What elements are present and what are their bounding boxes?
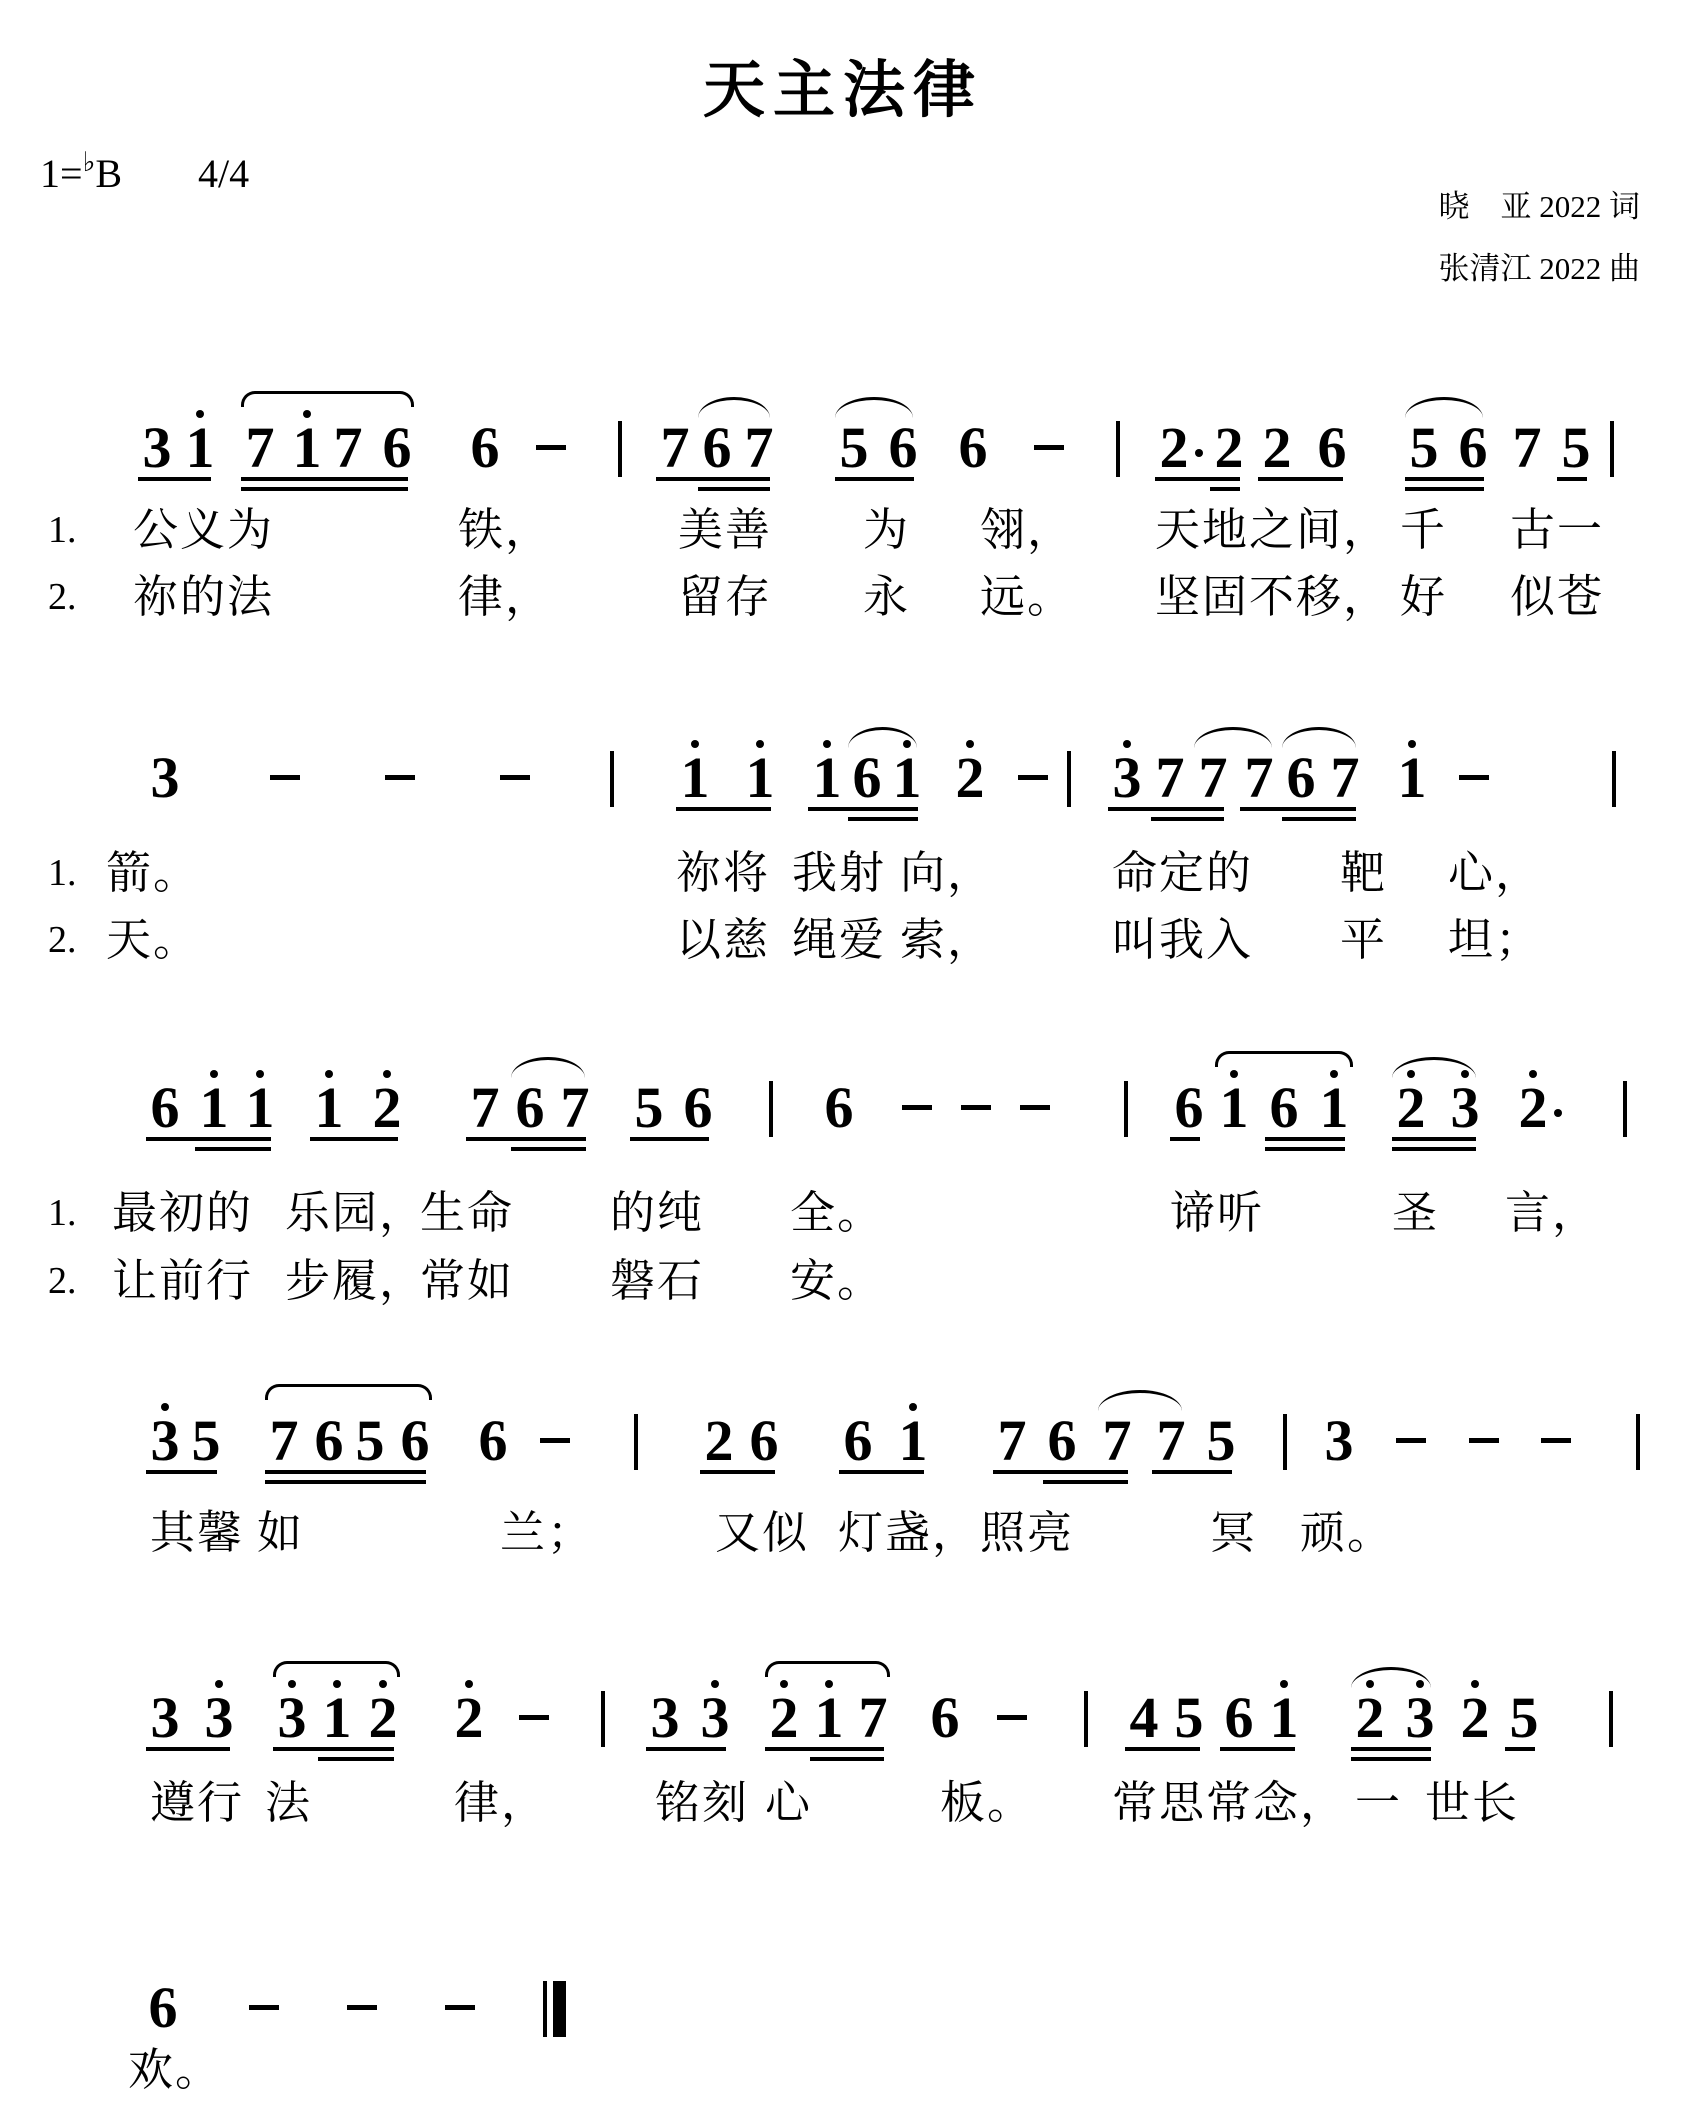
dash-line: [249, 2005, 279, 2010]
beam-underline: [318, 1757, 394, 1761]
lyric-segment: 谛听: [1170, 1188, 1264, 1238]
verse-number: 1.: [48, 1188, 77, 1238]
beam-underline: [241, 487, 408, 491]
octave-dot: [303, 410, 311, 418]
jianpu-note: 3: [700, 1695, 730, 1741]
beam-underline: [1351, 1747, 1431, 1751]
beam-underline: [1240, 807, 1356, 811]
jianpu-note: 1: [322, 1695, 352, 1741]
beam-underline: [146, 1137, 271, 1141]
dash-line: [1034, 445, 1064, 450]
dash-line: [1541, 1438, 1571, 1443]
jianpu-note: 7: [858, 1695, 888, 1741]
jianpu-note: 6: [1269, 1085, 1299, 1131]
jianpu-note: 6: [478, 1418, 508, 1464]
jianpu-note: 6: [749, 1418, 779, 1464]
lyric-segment: 祢的法: [133, 572, 274, 622]
jianpu-note: 7: [1156, 1418, 1186, 1464]
lyric-segment: 似苍: [1510, 572, 1604, 622]
jianpu-note: 7: [269, 1418, 299, 1464]
beam-underline: [848, 817, 918, 821]
jianpu-note: 2: [372, 1085, 402, 1131]
dash-line: [1469, 1438, 1499, 1443]
jianpu-note: 2: [769, 1695, 799, 1741]
lyric-segment: 世长: [1425, 1778, 1519, 1828]
jianpu-note: 6: [930, 1695, 960, 1741]
jianpu-note: 6: [702, 425, 732, 471]
jianpu-note: 1: [292, 425, 322, 471]
beam-underline: [1155, 477, 1240, 481]
jianpu-note: 6: [1224, 1695, 1254, 1741]
lyric-segment: 律，: [454, 1778, 548, 1828]
dash-line: [1459, 775, 1489, 780]
jianpu-note: 3: [1405, 1695, 1435, 1741]
jianpu-note: 6: [824, 1085, 854, 1131]
slur: [1098, 1390, 1182, 1411]
jianpu-note: 5: [191, 1418, 221, 1464]
lyric-segment: 美善: [678, 505, 772, 555]
slur: [241, 391, 414, 407]
octave-dot: [383, 1070, 391, 1078]
lyric-segment: 留存: [678, 572, 772, 622]
jianpu-note: 1: [245, 1085, 275, 1131]
lyric-segment: 铭刻: [655, 1778, 749, 1828]
beam-underline: [1125, 1747, 1200, 1751]
jianpu-note: 3: [142, 425, 172, 471]
beam-underline: [265, 1470, 426, 1474]
jianpu-note: 6: [470, 425, 500, 471]
jianpu-note: 1: [1319, 1085, 1349, 1131]
jianpu-note: 7: [1198, 755, 1228, 801]
jianpu-note: 2: [454, 1695, 484, 1741]
slur: [835, 397, 913, 418]
lyric-segment: 平: [1340, 915, 1387, 965]
jianpu-note: 1: [314, 1085, 344, 1131]
jianpu-note: 7: [1102, 1418, 1132, 1464]
beam-underline: [1405, 487, 1484, 491]
jianpu-note: 2: [1355, 1695, 1385, 1741]
barline: [634, 1414, 638, 1470]
jianpu-note: 1: [185, 425, 215, 471]
beam-underline: [808, 807, 918, 811]
barline: [601, 1691, 605, 1747]
beam-underline: [1505, 1747, 1535, 1751]
lyric-segment: 圣: [1392, 1188, 1439, 1238]
octave-dot: [1123, 740, 1131, 748]
slur: [265, 1384, 432, 1400]
beam-underline: [273, 1747, 394, 1751]
jianpu-note: 6: [1174, 1085, 1204, 1131]
beam-underline: [676, 807, 771, 811]
jianpu-note: 5: [839, 425, 869, 471]
slur: [511, 1057, 585, 1078]
lyric-segment: 灯盏，: [838, 1508, 979, 1558]
beam-underline: [195, 1147, 271, 1151]
barline: [1124, 1081, 1128, 1137]
octave-dot: [825, 1680, 833, 1688]
lyric-segment: 天。: [106, 915, 200, 965]
beam-underline: [700, 1470, 775, 1474]
lyric-segment: 步履，: [285, 1256, 426, 1306]
beam-underline: [630, 1137, 709, 1141]
jianpu-note: 6: [400, 1418, 430, 1464]
beam-underline: [1043, 1480, 1128, 1484]
jianpu-note: 3: [1112, 755, 1142, 801]
barline: [1610, 421, 1614, 477]
jianpu-note: 3: [277, 1695, 307, 1741]
octave-dot: [1529, 1070, 1537, 1078]
lyric-segment: 全。: [790, 1188, 884, 1238]
jianpu-note: 1: [1219, 1085, 1249, 1131]
jianpu-note: 7: [1512, 425, 1542, 471]
jianpu-note: 5: [1174, 1695, 1204, 1741]
score: 3171766767566222656751.公义为铁，美善为翎，天地之间，千古…: [0, 0, 1686, 2117]
lyric-segment: 翎，: [980, 505, 1074, 555]
slur: [1282, 727, 1356, 748]
lyric-segment: 乐园，: [285, 1188, 426, 1238]
beam-underline: [835, 477, 914, 481]
lyric-segment: 永: [863, 572, 910, 622]
barline: [1623, 1081, 1627, 1137]
jianpu-note: 3: [650, 1695, 680, 1741]
slur: [1392, 1057, 1476, 1078]
jianpu-note: 6: [852, 755, 882, 801]
barline: [1084, 1691, 1088, 1747]
beam-underline: [1392, 1147, 1476, 1151]
lyric-segment: 冥: [1210, 1508, 1257, 1558]
jianpu-note: 6: [1286, 755, 1316, 801]
dash-line: [385, 775, 415, 780]
lyric-segment: 心: [765, 1778, 812, 1828]
jianpu-note: 5: [355, 1418, 385, 1464]
dash-line: [519, 1715, 549, 1720]
lyric-segment: 叫我入: [1112, 915, 1253, 965]
lyric-segment: 常如: [420, 1256, 514, 1306]
jianpu-note: 7: [1330, 755, 1360, 801]
dash-line: [270, 775, 300, 780]
jianpu-note: 7: [333, 425, 363, 471]
lyric-segment: 祢将: [676, 848, 770, 898]
lyric-segment: 一: [1355, 1778, 1402, 1828]
augmentation-dot: [1554, 1109, 1562, 1117]
beam-underline: [839, 1470, 924, 1474]
verse-number: 2.: [48, 1256, 77, 1306]
lyric-segment: 让前行: [112, 1256, 253, 1306]
lyric-segment: 坦；: [1448, 915, 1542, 965]
octave-dot: [465, 1680, 473, 1688]
jianpu-note: 2: [1159, 425, 1189, 471]
jianpu-note: 6: [958, 425, 988, 471]
octave-dot: [756, 740, 764, 748]
dash-line: [347, 2005, 377, 2010]
jianpu-note: 2: [1460, 1695, 1490, 1741]
lyric-segment: 箭。: [106, 848, 200, 898]
octave-dot: [823, 740, 831, 748]
beam-underline: [511, 1147, 586, 1151]
slur: [698, 397, 770, 418]
jianpu-note: 5: [1509, 1695, 1539, 1741]
jianpu-note: 3: [1450, 1085, 1480, 1131]
jianpu-note: 7: [997, 1418, 1027, 1464]
octave-dot: [333, 1680, 341, 1688]
octave-dot: [966, 740, 974, 748]
beam-underline: [1557, 477, 1587, 481]
verse-number: 2.: [48, 572, 77, 622]
dash-line: [1396, 1438, 1426, 1443]
jianpu-note: 2: [368, 1695, 398, 1741]
beam-underline: [466, 1137, 586, 1141]
barline: [1636, 1414, 1640, 1470]
lyric-segment: 兰；: [500, 1508, 594, 1558]
lyric-segment: 远。: [980, 572, 1074, 622]
lyric-segment: 千: [1400, 505, 1447, 555]
jianpu-note: 3: [204, 1695, 234, 1741]
octave-dot: [196, 410, 204, 418]
dash-line: [1020, 1105, 1050, 1110]
augmentation-dot: [1195, 449, 1203, 457]
jianpu-note: 4: [1129, 1695, 1159, 1741]
octave-dot: [1330, 1070, 1338, 1078]
jianpu-note: 2: [955, 755, 985, 801]
jianpu-note: 1: [745, 755, 775, 801]
slur: [1215, 1051, 1353, 1067]
verse-number: 1.: [48, 505, 77, 555]
octave-dot: [379, 1680, 387, 1688]
lyric-segment: 命定的: [1112, 848, 1253, 898]
dash-line: [1018, 775, 1048, 780]
beam-underline: [1265, 1147, 1345, 1151]
slur: [1351, 1667, 1431, 1688]
jianpu-note: 3: [150, 1418, 180, 1464]
lyric-segment: 照亮: [980, 1508, 1074, 1558]
lyric-segment: 好: [1400, 572, 1447, 622]
lyric-segment: 遵行: [150, 1778, 244, 1828]
lyric-segment: 磐石: [610, 1256, 704, 1306]
lyric-segment: 为: [863, 505, 910, 555]
beam-underline: [310, 1137, 398, 1141]
lyric-segment: 欢。: [128, 2045, 222, 2095]
lyric-segment: 又似: [715, 1508, 809, 1558]
beam-underline: [1351, 1757, 1431, 1761]
jianpu-note: 3: [150, 1695, 180, 1741]
lyric-segment: 向，: [900, 848, 994, 898]
barline: [1067, 751, 1071, 807]
jianpu-note: 5: [634, 1085, 664, 1131]
octave-dot: [210, 1070, 218, 1078]
octave-dot: [691, 740, 699, 748]
octave-dot: [325, 1070, 333, 1078]
jianpu-note: 6: [843, 1418, 873, 1464]
octave-dot: [1230, 1070, 1238, 1078]
jianpu-note: 6: [515, 1085, 545, 1131]
lyric-segment: 以慈: [676, 915, 770, 965]
octave-dot: [161, 1403, 169, 1411]
lyric-segment: 律，: [458, 572, 552, 622]
jianpu-note: 1: [1397, 755, 1427, 801]
jianpu-note: 1: [812, 755, 842, 801]
jianpu-note: 1: [892, 755, 922, 801]
jianpu-note: 2: [1214, 425, 1244, 471]
jianpu-note: 7: [245, 425, 275, 471]
barline: [1116, 421, 1120, 477]
beam-underline: [138, 477, 211, 481]
beam-underline: [1392, 1137, 1476, 1141]
jianpu-note: 2: [1518, 1085, 1548, 1131]
slur: [765, 1661, 890, 1677]
jianpu-note: 2: [1396, 1085, 1426, 1131]
beam-underline: [810, 1757, 884, 1761]
lyric-segment: 如: [257, 1508, 304, 1558]
lyric-segment: 公义为: [133, 505, 274, 555]
beam-underline: [698, 487, 770, 491]
beam-underline: [1220, 1747, 1295, 1751]
beam-underline: [1151, 817, 1224, 821]
lyric-segment: 板。: [940, 1778, 1034, 1828]
beam-underline: [656, 477, 770, 481]
lyric-segment: 心，: [1448, 848, 1542, 898]
lyric-segment: 最初的: [112, 1188, 253, 1238]
beam-underline: [993, 1470, 1128, 1474]
lyric-segment: 靶: [1340, 848, 1387, 898]
jianpu-note: 1: [814, 1695, 844, 1741]
jianpu-note: 7: [660, 425, 690, 471]
barline: [618, 421, 622, 477]
lyric-segment: 常思常念，: [1112, 1778, 1347, 1828]
beam-underline: [765, 1747, 884, 1751]
jianpu-note: 2: [704, 1418, 734, 1464]
dash-line: [536, 445, 566, 450]
beam-underline: [1265, 1137, 1345, 1141]
jianpu-note: 2: [1262, 425, 1292, 471]
lyric-segment: 法: [265, 1778, 312, 1828]
beam-underline: [146, 1470, 217, 1474]
jianpu-note: 1: [1269, 1695, 1299, 1741]
jianpu-note: 3: [150, 755, 180, 801]
octave-dot: [256, 1070, 264, 1078]
beam-underline: [1405, 477, 1484, 481]
jianpu-note: 6: [683, 1085, 713, 1131]
lyric-segment: 安。: [790, 1256, 884, 1306]
lyric-segment: 坚固不移，: [1155, 572, 1390, 622]
jianpu-note: 7: [1155, 755, 1185, 801]
jianpu-note: 1: [199, 1085, 229, 1131]
slur: [1194, 727, 1272, 748]
barline: [1612, 751, 1616, 807]
lyric-segment: 言，: [1505, 1188, 1599, 1238]
dash-line: [540, 1438, 570, 1443]
octave-dot: [711, 1680, 719, 1688]
slur: [273, 1661, 400, 1677]
jianpu-note: 1: [680, 755, 710, 801]
octave-dot: [909, 1403, 917, 1411]
jianpu-note: 1: [898, 1418, 928, 1464]
jianpu-note: 6: [314, 1418, 344, 1464]
jianpu-note: 6: [382, 425, 412, 471]
beam-underline: [1152, 1470, 1232, 1474]
jianpu-note: 6: [1047, 1418, 1077, 1464]
jianpu-note: 6: [888, 425, 918, 471]
beam-underline: [1258, 477, 1343, 481]
dash-line: [445, 2005, 475, 2010]
beam-underline: [646, 1747, 726, 1751]
jianpu-note: 6: [1317, 425, 1347, 471]
dash-line: [902, 1105, 932, 1110]
octave-dot: [288, 1680, 296, 1688]
jianpu-note: 7: [744, 425, 774, 471]
jianpu-note: 5: [1409, 425, 1439, 471]
jianpu-note: 5: [1206, 1418, 1236, 1464]
lyric-segment: 古一: [1510, 505, 1604, 555]
lyric-segment: 生命: [420, 1188, 514, 1238]
lyric-segment: 顽。: [1300, 1508, 1394, 1558]
verse-number: 2.: [48, 915, 77, 965]
jianpu-note: 7: [560, 1085, 590, 1131]
barline: [769, 1081, 773, 1137]
octave-dot: [1280, 1680, 1288, 1688]
lyric-segment: 索，: [900, 915, 994, 965]
jianpu-note: 6: [150, 1085, 180, 1131]
dash-line: [961, 1105, 991, 1110]
lyric-segment: 天地之间，: [1155, 505, 1390, 555]
beam-underline: [265, 1480, 426, 1484]
beam-underline: [1108, 807, 1224, 811]
lyric-segment: 我射: [792, 848, 886, 898]
slur: [1405, 397, 1483, 418]
barline: [610, 751, 614, 807]
octave-dot: [780, 1680, 788, 1688]
jianpu-note: 6: [148, 1985, 178, 2031]
barline: [1609, 1691, 1613, 1747]
octave-dot: [1471, 1680, 1479, 1688]
verse-number: 1.: [48, 848, 77, 898]
sheet-music-page: 天主法律 1=♭B4/4 晓 亚 2022 词 张清江 2022 曲 31717…: [0, 0, 1686, 2117]
dash-line: [500, 775, 530, 780]
dash-line: [997, 1715, 1027, 1720]
jianpu-note: 7: [1244, 755, 1274, 801]
octave-dot: [1408, 740, 1416, 748]
jianpu-note: 5: [1561, 425, 1591, 471]
beam-underline: [241, 477, 408, 481]
jianpu-note: 3: [1324, 1418, 1354, 1464]
final-barline: [543, 1981, 567, 2037]
beam-underline: [1210, 487, 1240, 491]
octave-dot: [215, 1680, 223, 1688]
slur: [848, 727, 917, 748]
beam-underline: [146, 1747, 230, 1751]
jianpu-note: 6: [1458, 425, 1488, 471]
lyric-segment: 绳爱: [792, 915, 886, 965]
jianpu-note: 7: [470, 1085, 500, 1131]
lyric-segment: 其馨: [150, 1508, 244, 1558]
lyric-segment: 的纯: [610, 1188, 704, 1238]
beam-underline: [1170, 1137, 1200, 1141]
lyric-segment: 铁，: [458, 505, 552, 555]
barline: [1283, 1414, 1287, 1470]
beam-underline: [1282, 817, 1356, 821]
